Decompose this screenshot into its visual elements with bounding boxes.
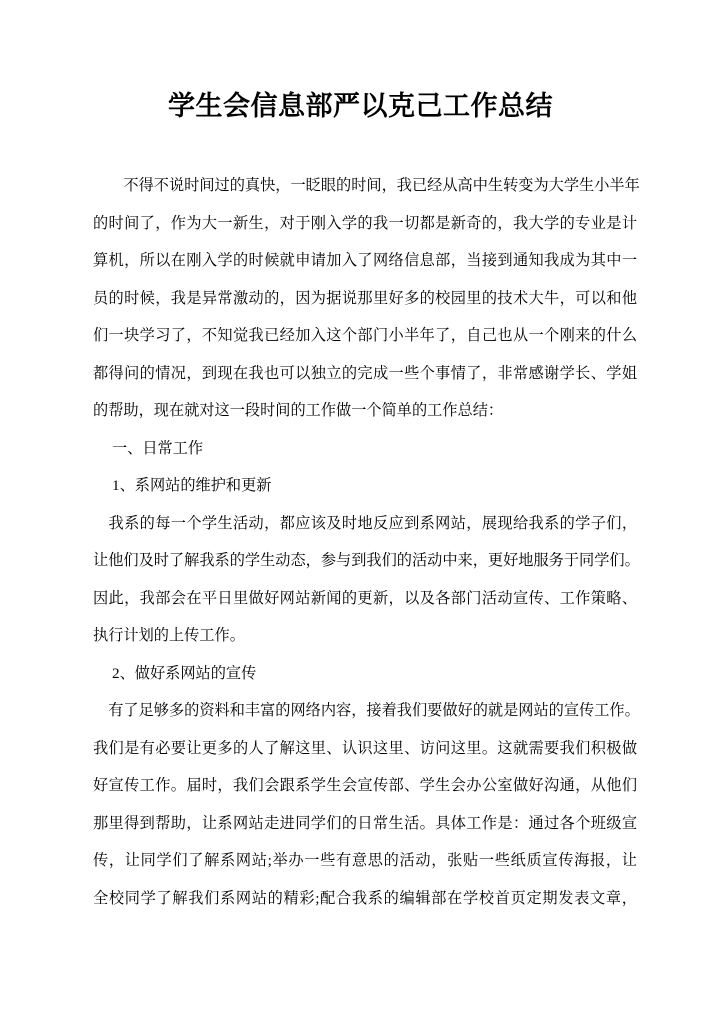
text-line: 我们是有必要让更多的人了解这里、认识这里、访问这里。这就需要我们积极做	[93, 730, 637, 768]
paragraph: 有了足够多的资料和丰富的网络内容，接着我们要做好的就是网站的宣传工作。我们是有必…	[93, 692, 637, 917]
text-line: 让他们及时了解我系的学生动态，参与到我们的活动中来，更好地服务于同学们。	[93, 542, 637, 580]
text-line: 传，让同学们了解系网站;举办一些有意思的活动，张贴一些纸质宣传海报，让	[93, 842, 637, 880]
paragraph: 我系的每一个学生活动，都应该及时地反应到系网站，展现给我系的学子们，让他们及时了…	[93, 505, 637, 655]
heading: 一、日常工作	[93, 430, 637, 468]
heading: 2、做好系网站的宣传	[93, 655, 637, 693]
heading-line: 2、做好系网站的宣传	[93, 655, 637, 693]
heading: 1、系网站的维护和更新	[93, 467, 637, 505]
text-line: 们一块学习了，不知觉我已经加入这个部门小半年了，自己也从一个刚来的什么	[93, 317, 637, 355]
text-line: 因此，我部会在平日里做好网站新闻的更新，以及各部门活动宣传、工作策略、	[93, 580, 637, 618]
text-line: 员的时候，我是异常激动的，因为据说那里好多的校园里的技术大牛，可以和他	[93, 280, 637, 318]
text-line: 有了足够多的资料和丰富的网络内容，接着我们要做好的就是网站的宣传工作。	[93, 692, 637, 730]
heading-line: 1、系网站的维护和更新	[93, 467, 637, 505]
paragraph: 不得不说时间过的真快，一眨眼的时间，我已经从高中生转变为大学生小半年的时间了，作…	[93, 167, 637, 430]
text-line: 不得不说时间过的真快，一眨眼的时间，我已经从高中生转变为大学生小半年	[93, 167, 637, 205]
text-line: 都得问的情况，到现在我也可以独立的完成一些个事情了，非常感谢学长、学姐	[93, 355, 637, 393]
text-line: 的帮助，现在就对这一段时间的工作做一个简单的工作总结：	[93, 392, 637, 430]
text-line: 那里得到帮助，让系网站走进同学们的日常生活。具体工作是：通过各个班级宣	[93, 805, 637, 843]
document-title: 学生会信息部严以克己工作总结	[0, 84, 721, 123]
document-body: 不得不说时间过的真快，一眨眼的时间，我已经从高中生转变为大学生小半年的时间了，作…	[93, 167, 637, 917]
text-line: 好宣传工作。届时，我们会跟系学生会宣传部、学生会办公室做好沟通，从他们	[93, 767, 637, 805]
text-line: 算机，所以在刚入学的时候就申请加入了网络信息部，当接到通知我成为其中一	[93, 242, 637, 280]
text-line: 全校同学了解我们系网站的精彩;配合我系的编辑部在学校首页定期发表文章，	[93, 880, 637, 918]
text-line: 的时间了，作为大一新生，对于刚入学的我一切都是新奇的，我大学的专业是计	[93, 205, 637, 243]
text-line: 我系的每一个学生活动，都应该及时地反应到系网站，展现给我系的学子们，	[93, 505, 637, 543]
heading-line: 一、日常工作	[93, 430, 637, 468]
document-page: 学生会信息部严以克己工作总结 不得不说时间过的真快，一眨眼的时间，我已经从高中生…	[0, 0, 721, 1020]
text-line: 执行计划的上传工作。	[93, 617, 637, 655]
